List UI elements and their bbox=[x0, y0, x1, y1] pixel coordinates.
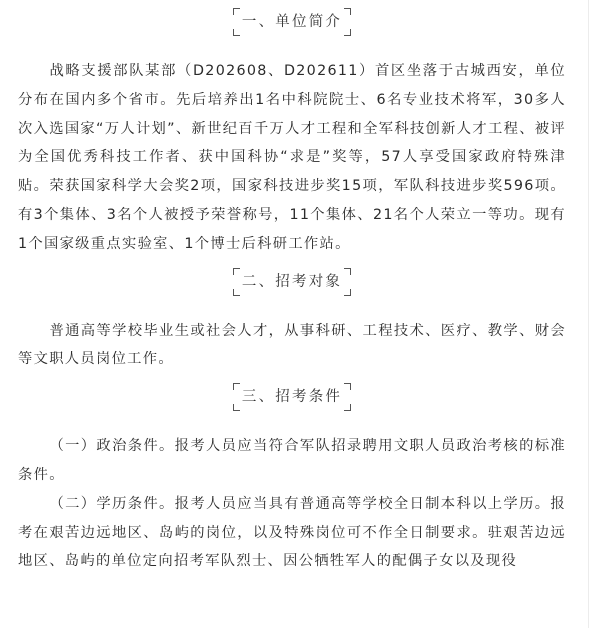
heading-bracket-frame: 一、单位简介 bbox=[233, 10, 351, 34]
bracket-corner-bottom-left-icon bbox=[233, 29, 240, 36]
bracket-corner-top-right-icon bbox=[344, 8, 351, 15]
bracket-corner-bottom-right-icon bbox=[344, 404, 351, 411]
bracket-corner-bottom-left-icon bbox=[233, 404, 240, 411]
article-body: 一、单位简介 战略支援部队某部（D202608、D202611）首区坐落于古城西… bbox=[18, 0, 566, 576]
bracket-corner-top-right-icon bbox=[344, 383, 351, 390]
bracket-corner-top-left-icon bbox=[233, 268, 240, 275]
bracket-corner-top-left-icon bbox=[233, 8, 240, 15]
bracket-corner-top-left-icon bbox=[233, 383, 240, 390]
heading-bracket-frame: 二、招考对象 bbox=[233, 270, 351, 294]
bracket-corner-bottom-left-icon bbox=[233, 289, 240, 296]
section-heading-unit-intro: 一、单位简介 bbox=[18, 0, 566, 44]
bracket-corner-bottom-right-icon bbox=[344, 289, 351, 296]
section-heading-text: 三、招考条件 bbox=[242, 389, 342, 405]
section-heading-recruit-conditions: 三、招考条件 bbox=[18, 375, 566, 419]
bracket-corner-top-right-icon bbox=[344, 268, 351, 275]
heading-bracket-frame: 三、招考条件 bbox=[233, 385, 351, 409]
paragraph-education-condition: （二）学历条件。报考人员应当具有普通高等学校全日制本科以上学历。报考在艰苦边远地… bbox=[18, 490, 566, 576]
section-heading-recruit-target: 二、招考对象 bbox=[18, 260, 566, 304]
section-heading-text: 二、招考对象 bbox=[242, 274, 342, 290]
paragraph-unit-intro: 战略支援部队某部（D202608、D202611）首区坐落于古城西安，单位分布在… bbox=[18, 57, 566, 259]
paragraph-recruit-target: 普通高等学校毕业生或社会人才，从事科研、工程技术、医疗、教学、财会等文职人员岗位… bbox=[18, 317, 566, 375]
paragraph-political-condition: （一）政治条件。报考人员应当符合军队招录聘用文职人员政治考核的标准条件。 bbox=[18, 432, 566, 490]
page-edge-divider bbox=[588, 0, 589, 628]
bracket-corner-bottom-right-icon bbox=[344, 29, 351, 36]
section-heading-text: 一、单位简介 bbox=[242, 14, 342, 30]
